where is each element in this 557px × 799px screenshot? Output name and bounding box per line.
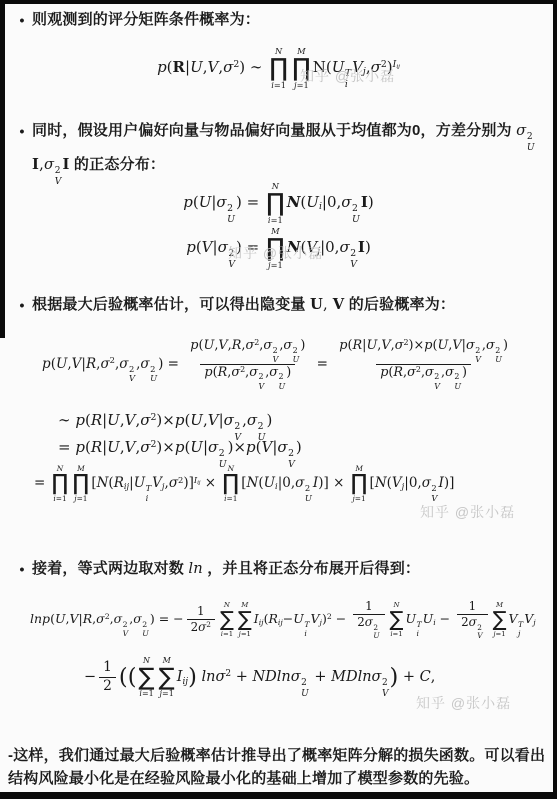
zhihu-watermark: 知乎 @张小磊 [416,693,511,713]
bullet-item-conditional-probability: • 则观测到的评分矩阵条件概率为： [12,8,547,32]
bullet-text: 根据最大后验概率估计，可以得出隐变量 U, V 的后验概率为： [32,293,547,317]
page-border-bottom [0,792,557,799]
formula-user-prior: p(U|σ2U) = N∏i=1N(Ui|0,σ2UI) [0,181,557,226]
document-page: • 则观测到的评分矩阵条件概率为： p(R|U,V,σ2) ∼ N∏i=1M∏j… [0,0,557,799]
zhihu-watermark: 知乎 @张小磊 [228,243,323,263]
bullet-text: 则观测到的评分矩阵条件概率为： [32,8,547,32]
page-border-top [0,0,557,4]
footer-paragraph: -这样，我们通过最大后验概率估计推导出了概率矩阵分解的损失函数。可以看出结构风险… [8,744,547,790]
bullet-item-prior-assumption: • 同时，假设用户偏好向量与物品偏好向量服从于均值都为0，方差分别为 σ2UI,… [12,119,549,187]
formula-rating-matrix-conditional: p(R|U,V,σ2) ∼ N∏i=1M∏j=1N(UTiVj,σ2)Iij [0,46,557,91]
bullet-icon: • [12,293,32,317]
formula-log-posterior: lnp(U,V|R,σ2,σ2V,σ2U) = −12σ2N∑i=1M∑j=1I… [30,599,536,641]
bullet-item-log-expansion: • 接着，等式两边取对数 ln ，并且将正态分布展开后得到： [12,557,547,581]
bullet-text: 同时，假设用户偏好向量与物品偏好向量服从于均值都为0，方差分别为 σ2UI,σ2… [32,119,549,187]
bullet-icon: • [12,8,32,32]
bullet-icon: • [12,119,32,143]
zhihu-watermark: 知乎 @张小磊 [420,502,515,522]
bullet-text: 接着，等式两边取对数 ln ，并且将正态分布展开后得到： [32,557,547,581]
formula-posterior-fraction: p(U,V|R,σ2,σ2V,σ2U) = p(U,V,R,σ2,σ2V,σ2U… [0,338,557,391]
formula-log-posterior-constant-terms: −12((N∑i=1M∑j=1Iij) lnσ2 + NDlnσ2U + MDl… [84,656,435,699]
bullet-icon: • [12,557,32,581]
formula-posterior-line-3: = N∏i=1M∏j=1[N(Rij|UTiVj,σ2)]Iij × N∏i=1… [34,464,454,504]
bullet-item-map-posterior: • 根据最大后验概率估计，可以得出隐变量 U, V 的后验概率为： [12,293,547,317]
page-border-right [553,0,557,799]
zhihu-watermark: 知乎 @张小磊 [300,66,395,86]
